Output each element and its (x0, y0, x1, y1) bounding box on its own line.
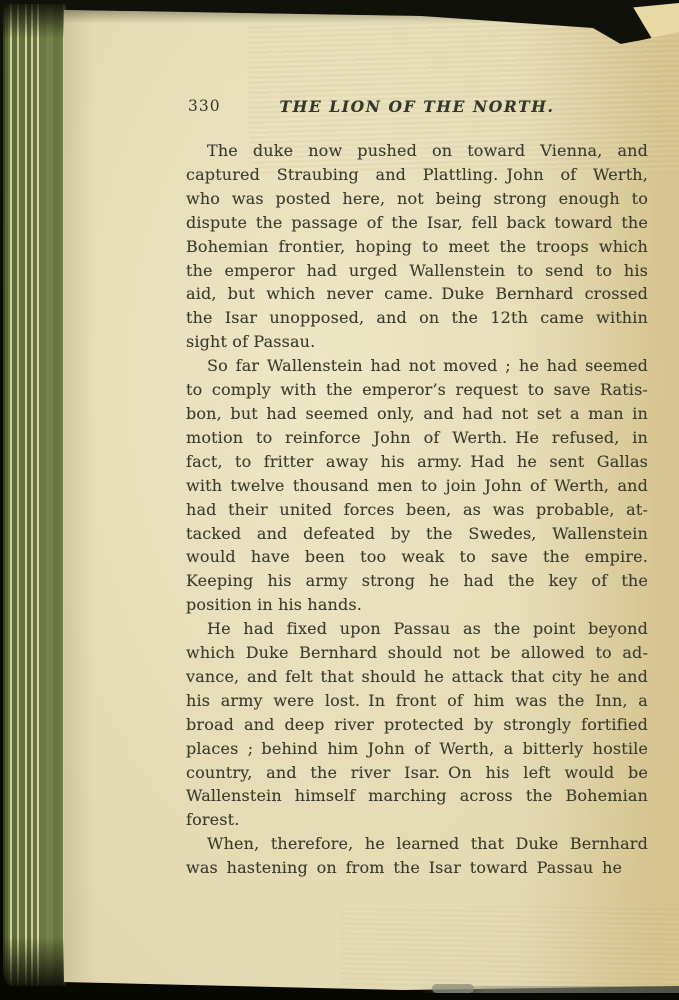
text-line: forest. (186, 808, 648, 832)
paragraph: He had fixed upon Passau as the point be… (186, 617, 648, 832)
text-line: He had fixed upon Passau as the point be… (186, 617, 648, 641)
text-line: with twelve thousand men to join John of… (186, 474, 648, 498)
text-line: which Duke Bernhard should not be allowe… (186, 641, 648, 665)
text-line: motion to reinforce John of Werth. He re… (186, 426, 648, 450)
paragraph: The duke now pushed on toward Vienna, an… (186, 139, 648, 354)
text-line: Wallenstein himself marching across the … (186, 784, 648, 808)
text-line: tacked and defeated by the Swedes, Walle… (186, 522, 648, 546)
paragraph: When, therefore, he learned that Duke Be… (186, 832, 648, 880)
text-line: fact, to fritter away his army. Had he s… (186, 450, 648, 474)
book-support (432, 984, 474, 993)
text-line: vance, and felt that should he attack th… (186, 665, 648, 689)
text-line: the emperor had urged Wallenstein to sen… (186, 259, 648, 283)
text-line: would have been too weak to save the emp… (186, 545, 648, 569)
book-page: 330 THE LION OF THE NORTH. The duke now … (64, 0, 679, 1000)
text-line: broad and deep river protected by strong… (186, 713, 648, 737)
page-number: 330 (188, 97, 221, 115)
text-line: to comply with the emperor’s request to … (186, 378, 648, 402)
text-line: Keeping his army strong he had the key o… (186, 569, 648, 593)
text-line: The duke now pushed on toward Vienna, an… (186, 139, 648, 163)
page-text: The duke now pushed on toward Vienna, an… (186, 139, 648, 880)
text-line: who was posted here, not being strong en… (186, 187, 648, 211)
text-line: was hastening on from the Isar toward Pa… (186, 856, 648, 880)
text-line: country, and the river Isar. On his left… (186, 761, 648, 785)
page-edge-streaks-bottom (341, 906, 679, 986)
text-line: Bohemian frontier, hoping to meet the tr… (186, 235, 648, 259)
text-line: places ; behind him John of Werth, a bit… (186, 737, 648, 761)
text-line: So far Wallenstein had not moved ; he ha… (186, 354, 648, 378)
text-line: had their united forces been, as was pro… (186, 498, 648, 522)
scanned-book-photo: 330 THE LION OF THE NORTH. The duke now … (0, 0, 679, 1000)
text-line: aid, but which never came. Duke Bernhard… (186, 282, 648, 306)
paragraph: So far Wallenstein had not moved ; he ha… (186, 354, 648, 617)
text-line: captured Straubing and Plattling. John o… (186, 163, 648, 187)
text-line: the Isar unopposed, and on the 12th came… (186, 306, 648, 330)
text-line: his army were lost. In front of him was … (186, 689, 648, 713)
text-line: sight of Passau. (186, 330, 648, 354)
page-header: 330 THE LION OF THE NORTH. (186, 97, 648, 119)
text-line: position in his hands. (186, 593, 648, 617)
text-line: When, therefore, he learned that Duke Be… (186, 832, 648, 856)
text-line: dispute the passage of the Isar, fell ba… (186, 211, 648, 235)
text-line: bon, but had seemed only, and had not se… (186, 402, 648, 426)
running-title: THE LION OF THE NORTH. (186, 97, 648, 116)
book-page-edges (3, 4, 67, 986)
